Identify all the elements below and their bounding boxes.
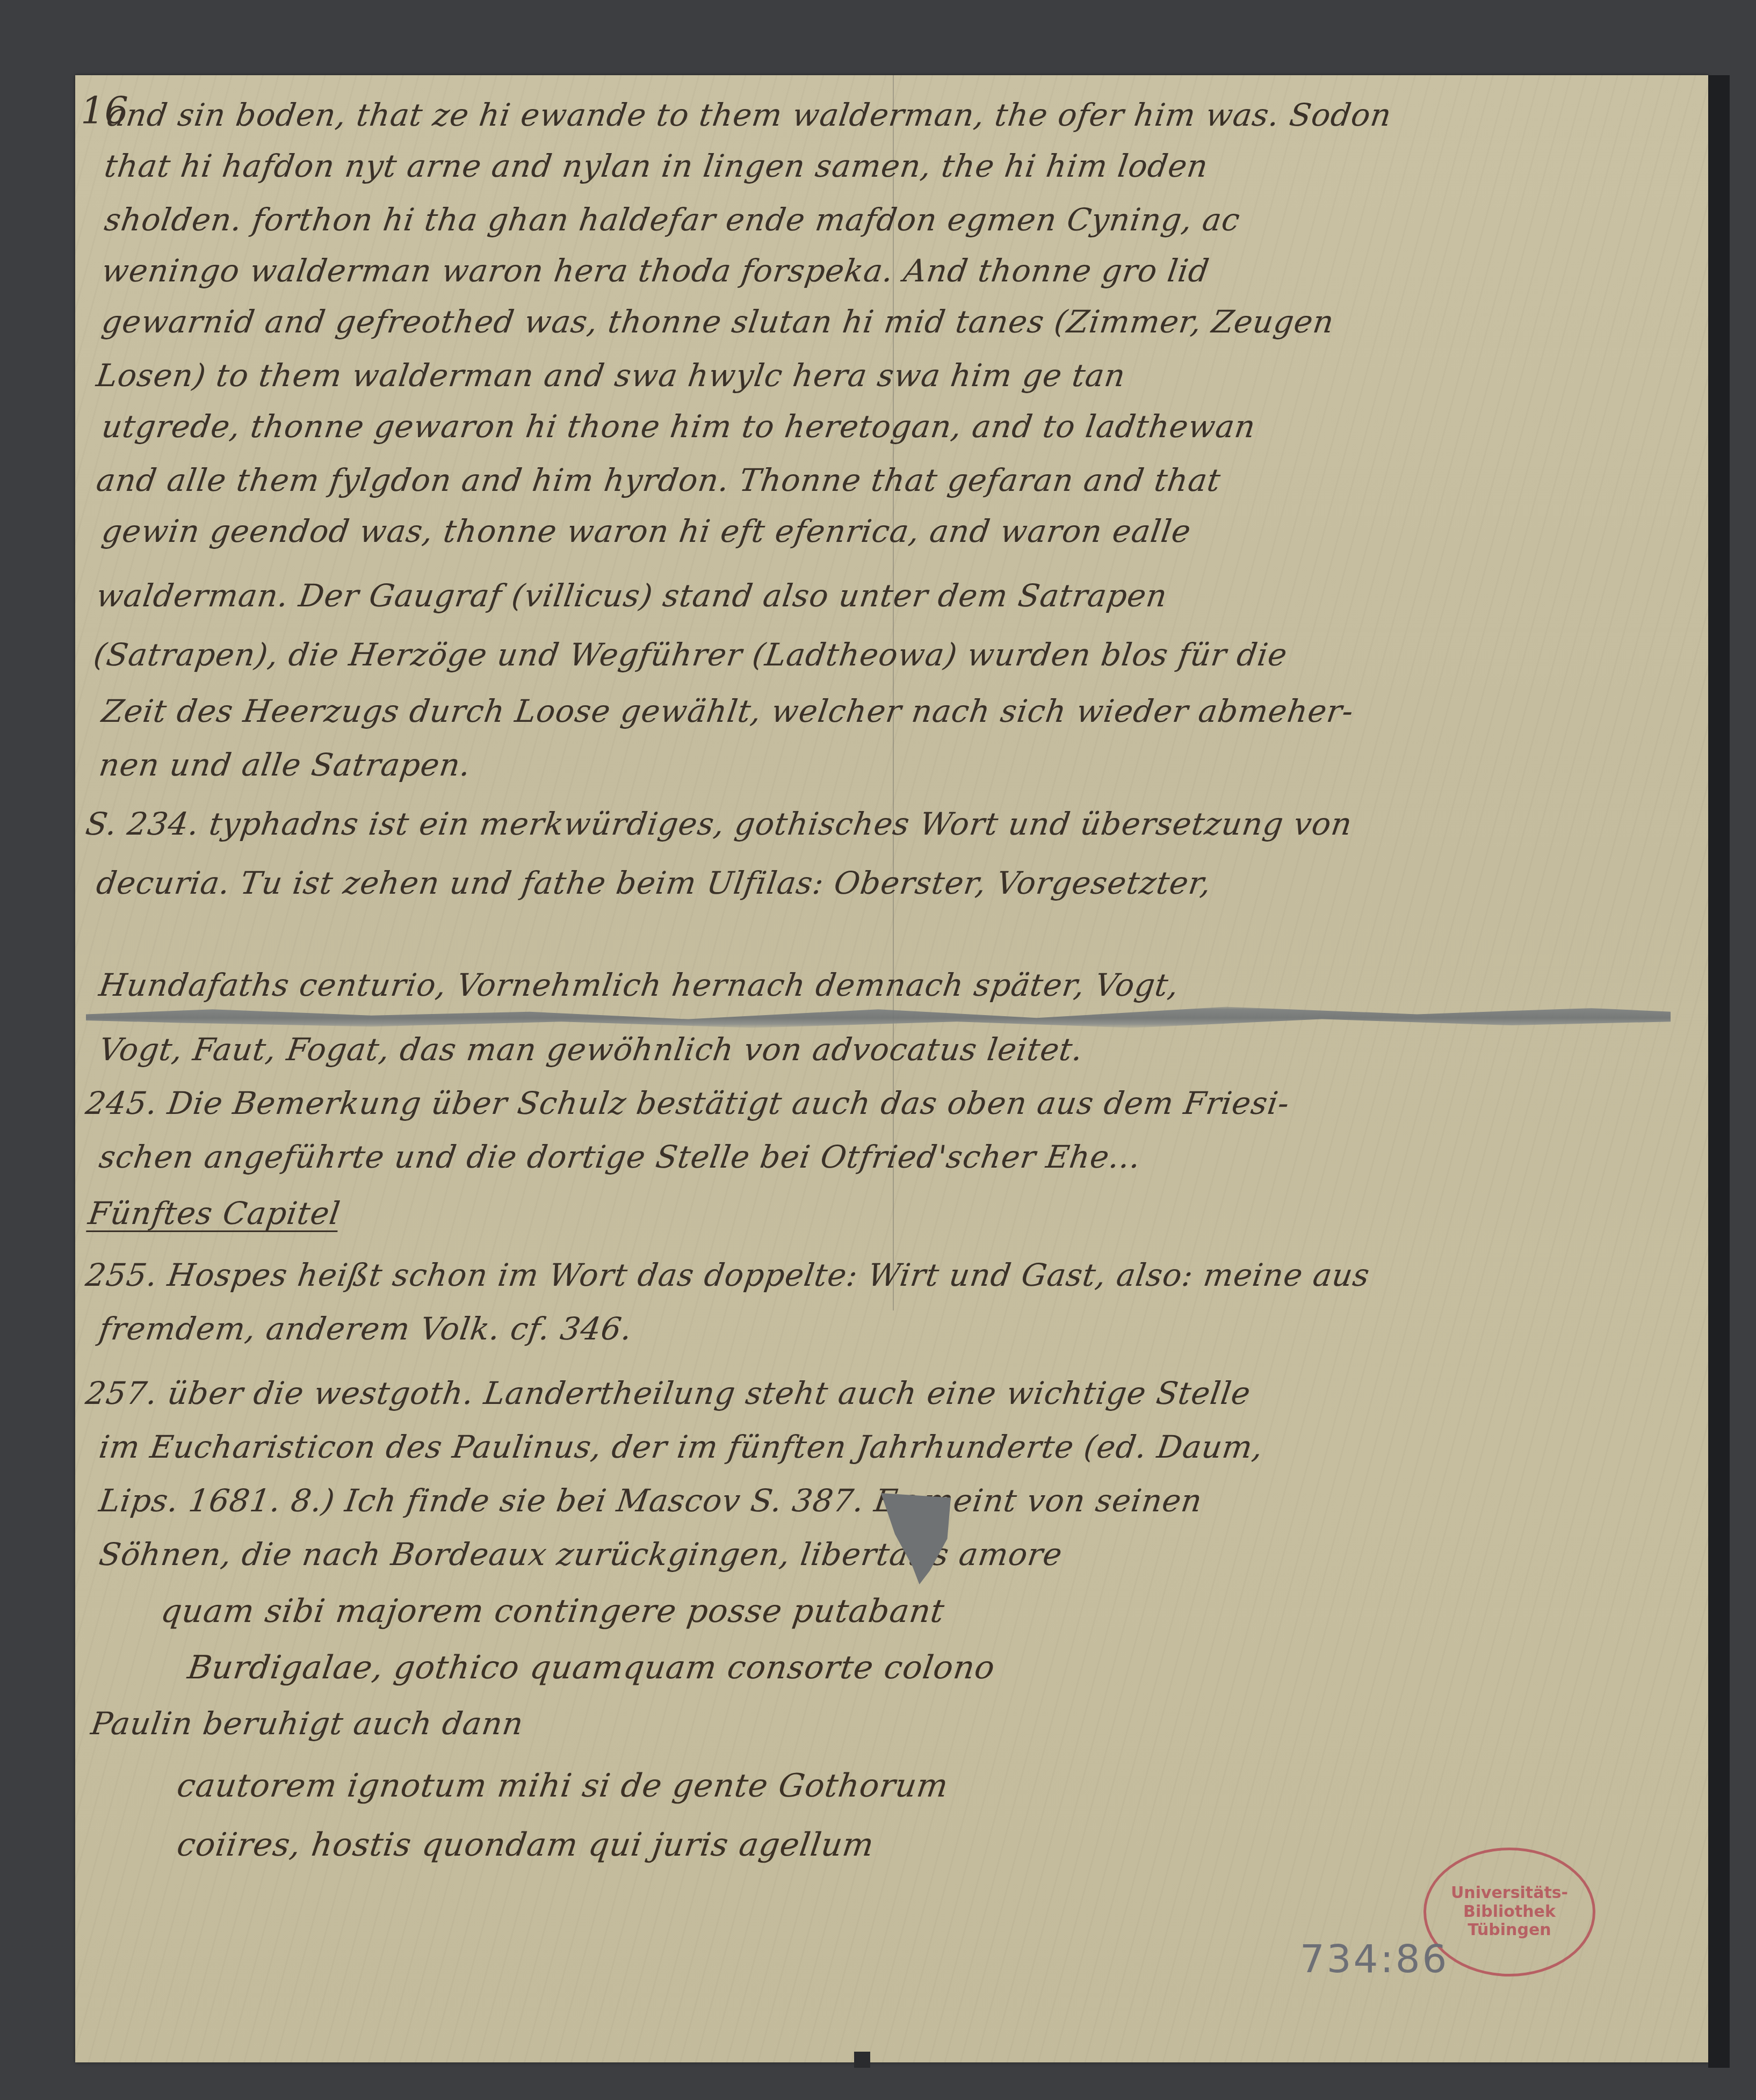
manuscript-line: fremdem, anderem Volk. cf. 346. (97, 1310, 634, 1347)
manuscript-line: weningo walderman waron hera thoda forsp… (99, 252, 1212, 289)
manuscript-line: Lips. 1681. 8.) Ich finde sie bei Mascov… (97, 1482, 1204, 1519)
latin-quote-line: quam sibi majorem contingere posse putab… (158, 1592, 947, 1630)
chapter-heading: Fünftes Capitel (86, 1195, 343, 1232)
latin-quote-line: cautorem ignotum mihi si de gente Gothor… (175, 1767, 951, 1805)
shelfmark: 734:86 (1300, 1936, 1449, 1981)
manuscript-line: Paulin beruhigt auch dann (89, 1705, 526, 1742)
manuscript-line: gewin geendod was, thonne waron hi eft e… (99, 513, 1193, 549)
manuscript-line: 245. Die Bemerkung über Schulz bestätigt… (83, 1085, 1292, 1121)
stamp-line: Universitäts- (1451, 1884, 1568, 1903)
library-stamp: Universitäts- Bibliothek Tübingen (1423, 1848, 1595, 1976)
manuscript-line: and sin boden, that ze hi ewande to them… (105, 97, 1394, 133)
manuscript-line: (Satrapen), die Herzöge und Wegführer (L… (91, 636, 1290, 673)
manuscript-line: Vogt, Faut, Fogat, das man gewöhnlich vo… (97, 1031, 1086, 1068)
manuscript-line: 255. Hospes heißt schon im Wort das dopp… (83, 1257, 1372, 1293)
stamp-line: Tübingen (1468, 1921, 1551, 1940)
manuscript-line-damaged: Hundafaths centurio, Vornehmlich hernach… (97, 967, 1181, 1003)
manuscript-line: nen und alle Satrapen. (97, 747, 473, 783)
manuscript-line: and alle them fylgdon and him hyrdon. Th… (94, 462, 1223, 498)
manuscript-line: schen angeführte und die dortige Stelle … (97, 1139, 1143, 1175)
manuscript-line: decuria. Tu ist zehen und fathe beim Ulf… (94, 865, 1213, 901)
stamp-line: Bibliothek (1463, 1903, 1556, 1922)
paper-notch (854, 2052, 870, 2068)
manuscript-line: sholden. forthon hi tha ghan haldefar en… (102, 201, 1242, 238)
binding-edge (1708, 75, 1730, 2068)
latin-quote-line: Burdigalae, gothico quamquam consorte co… (185, 1649, 998, 1686)
manuscript-line: 257. über die westgoth. Landertheilung s… (83, 1375, 1253, 1411)
manuscript-line: S. 234. typhadns ist ein merkwürdiges, g… (83, 806, 1354, 842)
manuscript-line: Losen) to them walderman and swa hwylc h… (94, 357, 1128, 394)
manuscript-line: utgrede, thonne gewaron hi thone him to … (99, 408, 1258, 445)
latin-quote-line: coiires, hostis quondam qui juris agellu… (175, 1826, 877, 1864)
manuscript-line: gewarnid and gefreothed was, thonne slut… (99, 303, 1336, 340)
manuscript-line: walderman. Der Gaugraf (villicus) stand … (94, 577, 1169, 614)
manuscript-line: im Eucharisticon des Paulinus, der im fü… (97, 1429, 1266, 1465)
manuscript-line: Zeit des Heerzugs durch Loose gewählt, w… (99, 693, 1356, 729)
manuscript-line: that hi hafdon nyt arne and nylan in lin… (102, 148, 1210, 184)
